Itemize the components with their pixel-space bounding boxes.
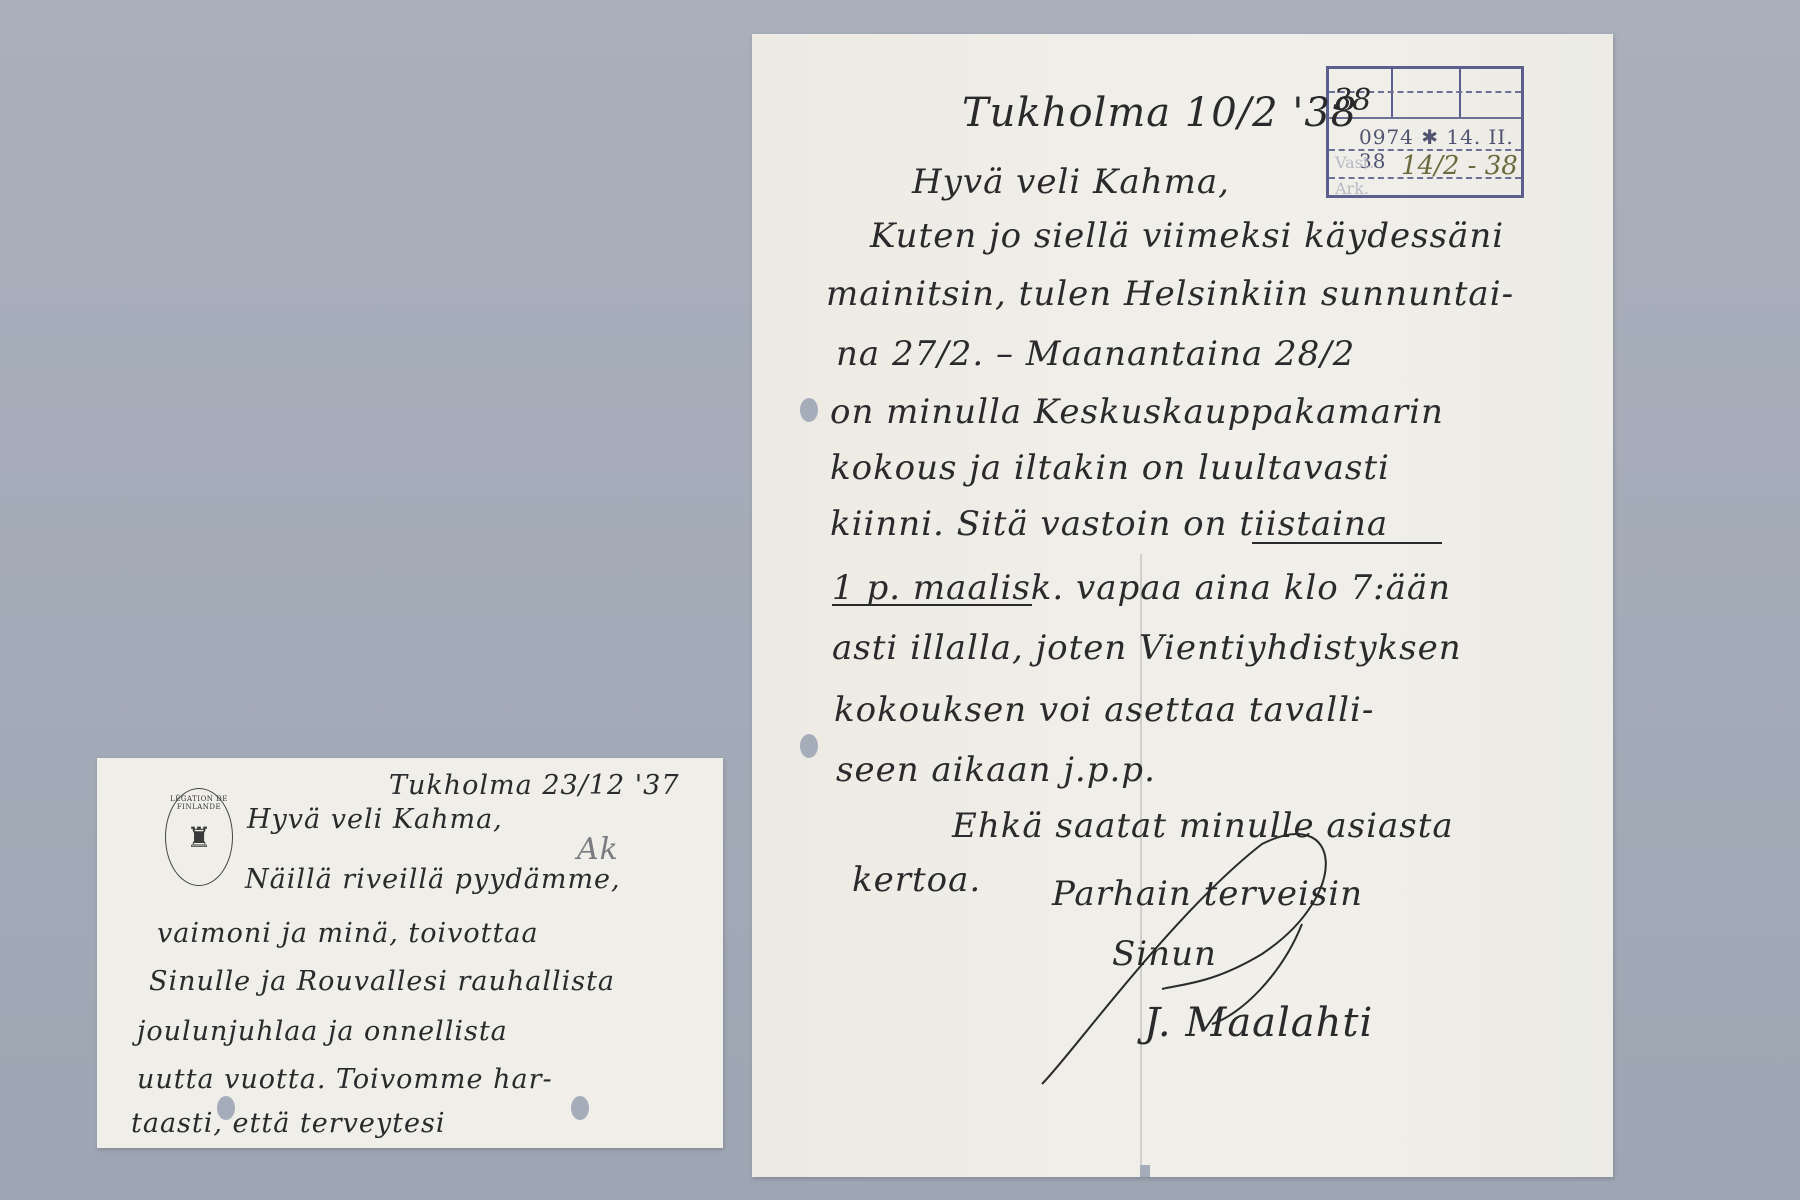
christmas-card: LÉGATION DE FINLANDE ♜ Tukholma 23/12 '3… <box>97 758 723 1148</box>
punch-hole <box>800 734 818 758</box>
letter-line-3: na 27/2. – Maanantaina 28/2 <box>836 334 1355 374</box>
letter-sheet: 38 0974 ✱ 14. II. 38 Vast. Ark. 14/2 - 3… <box>752 34 1613 1177</box>
letter-line-12: kertoa. <box>852 860 981 900</box>
letter-line-4: on minulla Keskuskauppakamarin <box>830 392 1444 432</box>
card-line-5: uutta vuotta. Toivomme har- <box>137 1064 553 1095</box>
letter-line-2: mainitsin, tulen Helsinkiin sunnuntai- <box>826 274 1514 314</box>
letter-line-7: 1 p. maalisk. vapaa aina klo 7:ään <box>832 568 1451 608</box>
punch-hole <box>800 398 818 422</box>
underline-maalisk <box>832 604 1032 606</box>
legation-seal: LÉGATION DE FINLANDE ♜ <box>165 788 233 886</box>
card-line-4: joulunjuhlaa ja onnellista <box>137 1016 508 1047</box>
card-place-date: Tukholma 23/12 '37 <box>389 770 680 801</box>
letter-line-6: kiinni. Sitä vastoin on tiistaina <box>830 504 1388 544</box>
lion-coat-of-arms-icon: ♜ <box>186 821 211 854</box>
stamp-handwritten-date: 14/2 - 38 <box>1401 151 1518 181</box>
underline-tiistaina <box>1252 542 1442 544</box>
card-line-3: Sinulle ja Rouvallesi rauhallista <box>149 966 615 997</box>
letter-line-10: seen aikaan j.p.p. <box>836 750 1156 790</box>
card-line-2: vaimoni ja minä, toivottaa <box>157 918 539 949</box>
letter-line-8: asti illalla, joten Vientiyhdistyksen <box>832 628 1462 668</box>
card-line-1: Näillä riveillä pyydämme, <box>245 864 621 895</box>
punch-hole <box>217 1096 235 1120</box>
letter-line-9: kokouksen voi asettaa tavalli- <box>834 690 1374 730</box>
punch-hole <box>571 1096 589 1120</box>
stamp-label-ark: Ark. <box>1335 179 1369 198</box>
letter-place-date: Tukholma 10/2 '38 <box>962 90 1357 136</box>
letter-line-5: kokous ja iltakin on luultavasti <box>830 448 1390 488</box>
letter-line-1: Kuten jo siellä viimeksi käydessäni <box>870 216 1504 256</box>
card-line-6: taasti, että terveytesi <box>131 1108 445 1139</box>
letter-salutation: Hyvä veli Kahma, <box>912 162 1230 202</box>
stamp-label-vast: Vast. <box>1335 153 1374 172</box>
card-salutation: Hyvä veli Kahma, <box>247 804 503 835</box>
paper-tear <box>1140 1165 1150 1177</box>
seal-text: LÉGATION DE FINLANDE <box>166 795 232 811</box>
signature-flourish <box>1012 814 1372 1104</box>
card-pencil-annotation: Ak <box>577 832 619 867</box>
